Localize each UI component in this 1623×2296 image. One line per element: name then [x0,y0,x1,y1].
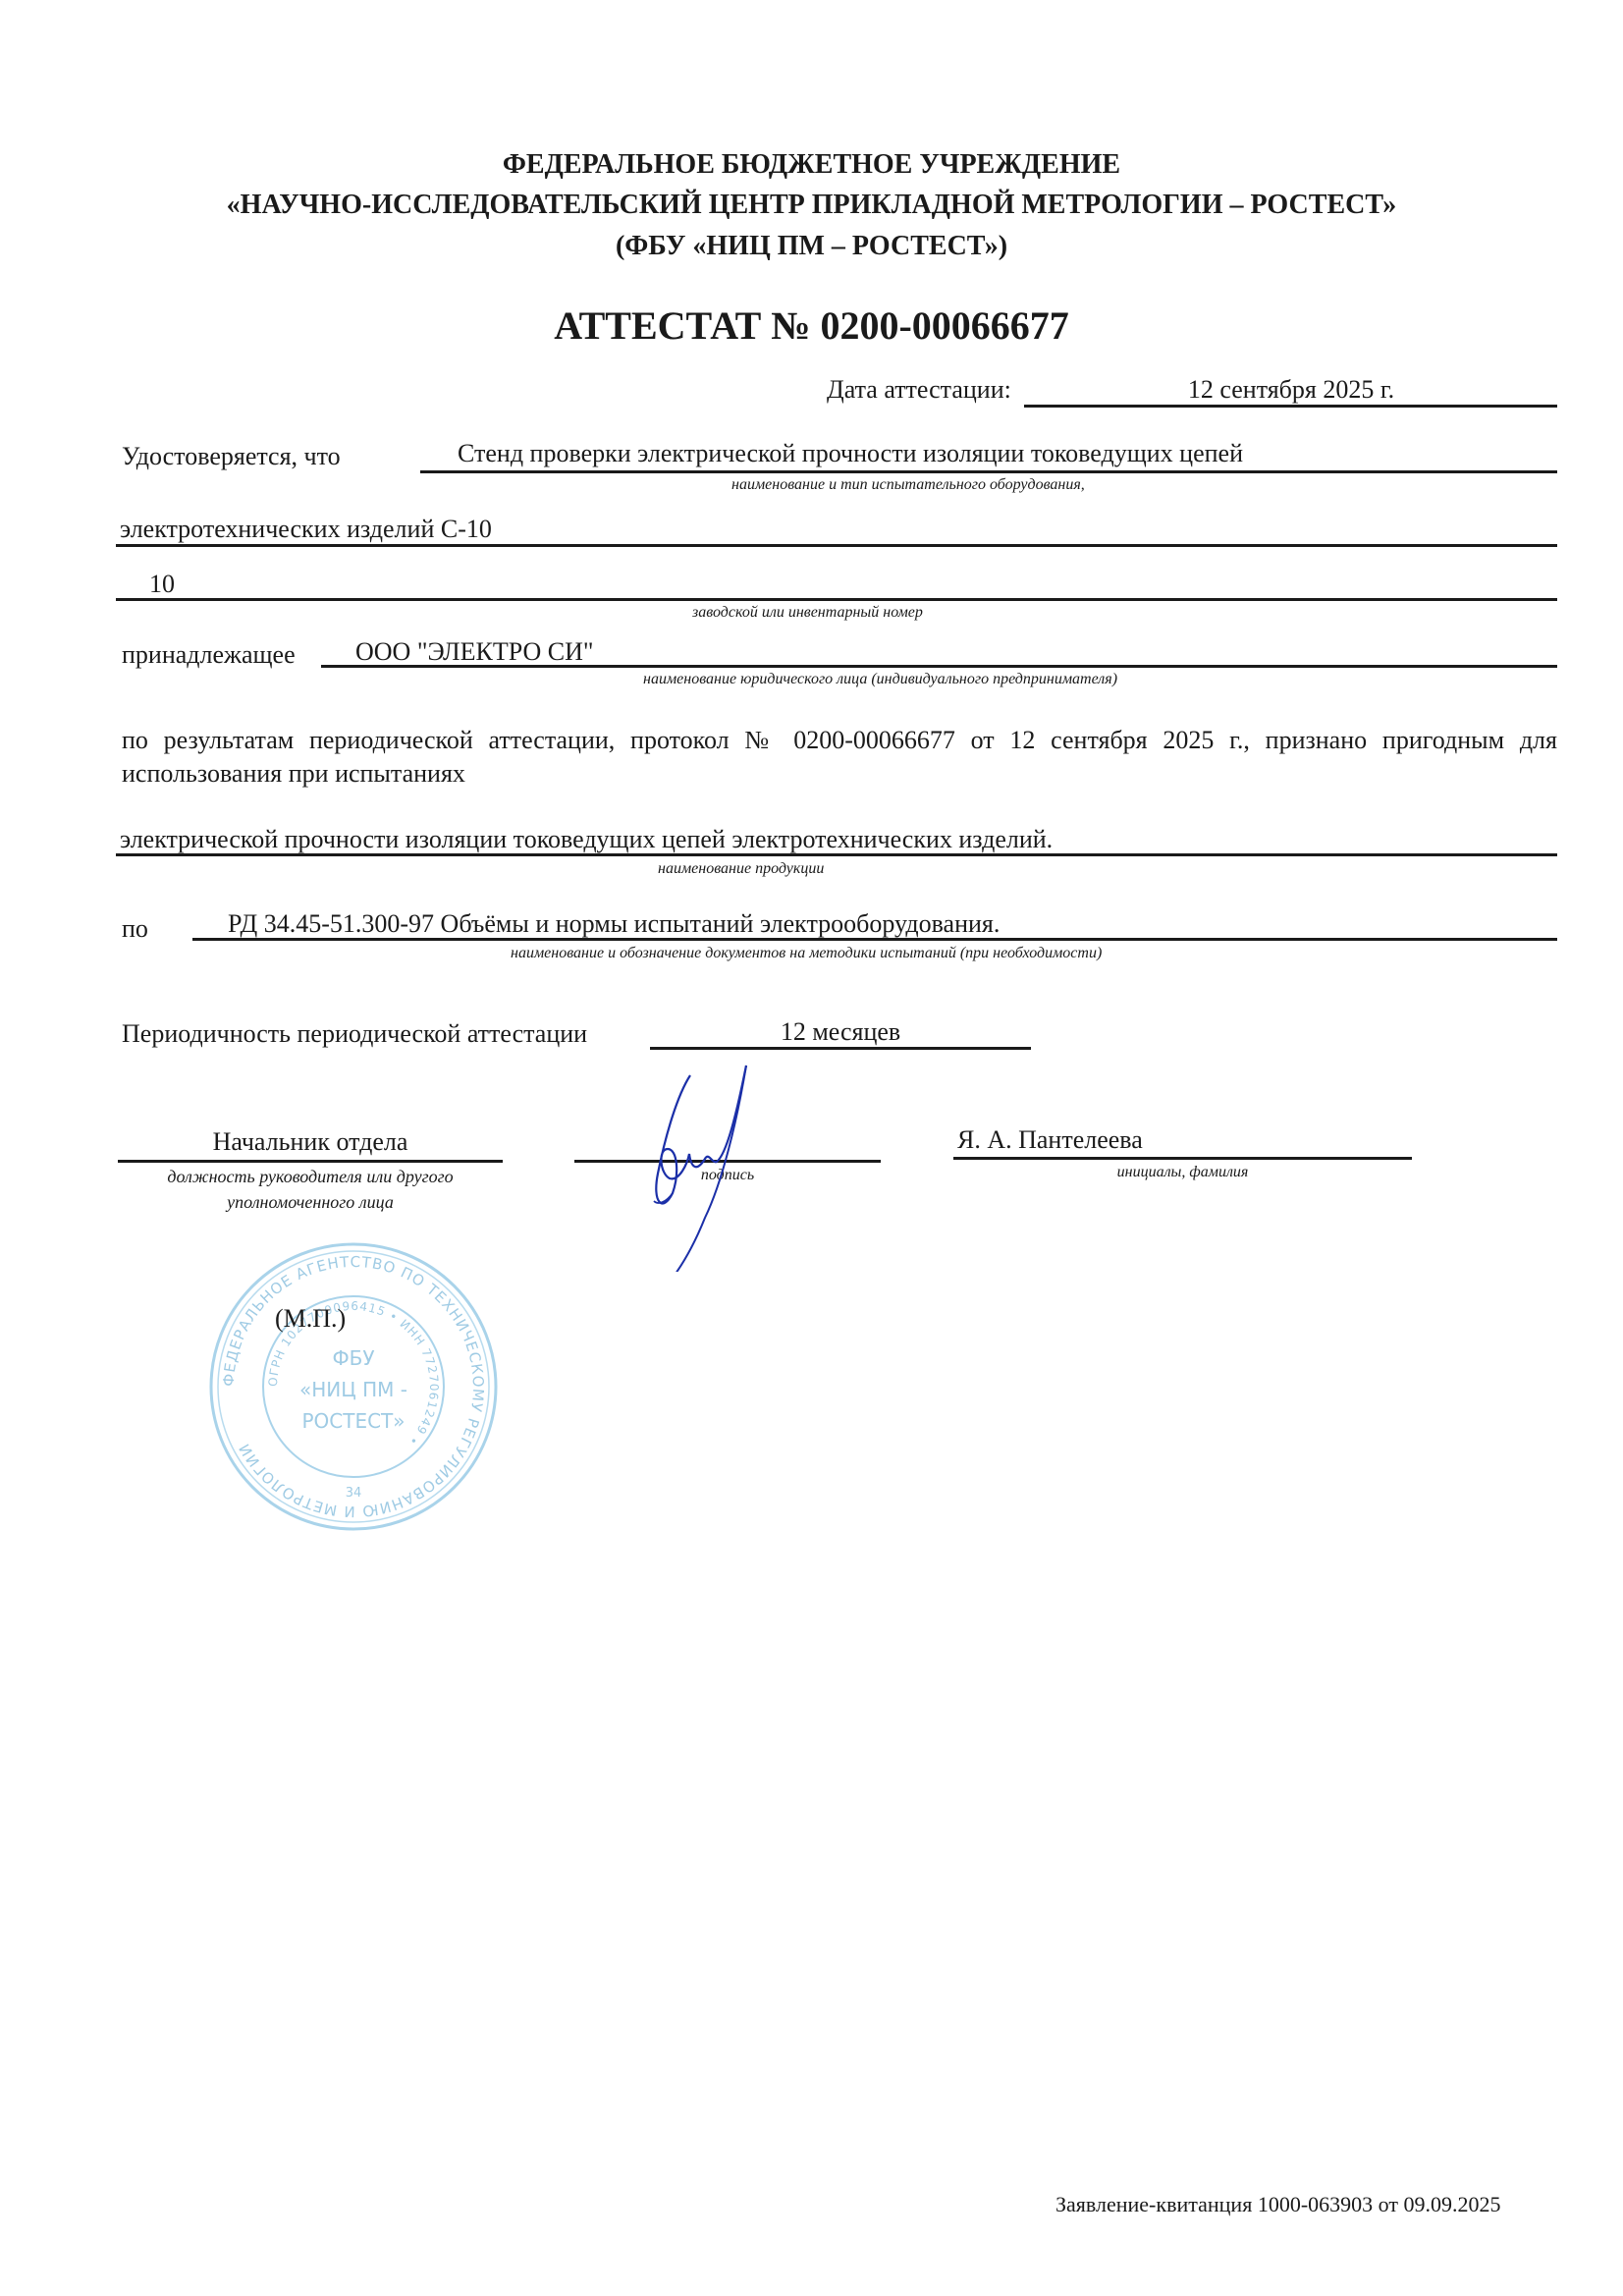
certificate-title: АТТЕСТАТ № 0200-00066677 [0,302,1623,349]
application-receipt: Заявление-квитанция 1000-063903 от 09.09… [1055,2192,1500,2217]
method-underline [192,938,1557,941]
certifies-label: Удостоверяется, что [122,442,341,471]
handwritten-signature [619,1056,815,1272]
equipment-underline [420,470,1557,473]
serial-underline [116,598,1557,601]
official-seal-stamp: ФЕДЕРАЛЬНОЕ АГЕНТСТВО ПО ТЕХНИЧЕСКОМУ РЕ… [201,1239,506,1534]
results-line2: использования при испытаниях [122,759,465,789]
position-caption-line2: уполномоченного лица [118,1192,503,1213]
owner-value: ООО "ЭЛЕКТРО СИ" [355,637,594,667]
signer-name: Я. А. Пантелеева [957,1125,1143,1155]
method-caption: наименование и обозначение документов на… [511,945,1102,962]
owner-underline [321,665,1557,668]
stamp-center-line3: РОСТЕСТ» [301,1409,405,1433]
org-name-line1: ФЕДЕРАЛЬНОЕ БЮДЖЕТНОЕ УЧРЕЖДЕНИЕ [0,149,1623,181]
seal-label: (М.П.) [275,1304,346,1334]
date-label: Дата аттестации: [827,375,1011,405]
equipment-line2-underline [116,544,1557,547]
product-value: электрической прочности изоляции токовед… [120,825,1053,854]
serial-caption: заводской или инвентарный номер [692,604,923,622]
org-name-line2: «НАУЧНО-ИССЛЕДОВАТЕЛЬСКИЙ ЦЕНТР ПРИКЛАДН… [0,190,1623,221]
method-value: РД 34.45-51.300-97 Объёмы и нормы испыта… [228,909,1000,939]
date-value: 12 сентября 2025 г. [1026,375,1556,405]
periodicity-value: 12 месяцев [650,1017,1031,1047]
stamp-number: 34 [346,1486,362,1501]
periodicity-label: Периодичность периодической аттестации [122,1019,587,1049]
date-underline [1024,405,1557,408]
name-underline [953,1157,1412,1160]
results-line1: по результатам периодической аттестации,… [122,726,1557,755]
product-underline [116,853,1557,856]
by-label: по [122,914,148,944]
product-caption: наименование продукции [658,860,824,878]
equipment-caption: наименование и тип испытательного оборуд… [731,476,1085,494]
owner-caption: наименование юридического лица (индивиду… [643,671,1117,688]
position-caption-line1: должность руководителя или другого [118,1167,503,1187]
stamp-center-line2: «НИЦ ПМ - [299,1378,407,1401]
serial-number-value: 10 [149,570,175,599]
periodicity-underline [650,1047,1031,1050]
equipment-name-line2: электротехнических изделий С-10 [120,515,492,544]
org-short-name: (ФБУ «НИЦ ПМ – РОСТЕСТ») [0,231,1623,262]
position-underline [118,1160,503,1163]
equipment-name-line1: Стенд проверки электрической прочности и… [458,439,1243,468]
position-value: Начальник отдела [118,1127,503,1157]
owner-label: принадлежащее [122,640,296,670]
name-caption: инициалы, фамилия [953,1164,1412,1181]
stamp-center-line1: ФБУ [332,1346,374,1370]
